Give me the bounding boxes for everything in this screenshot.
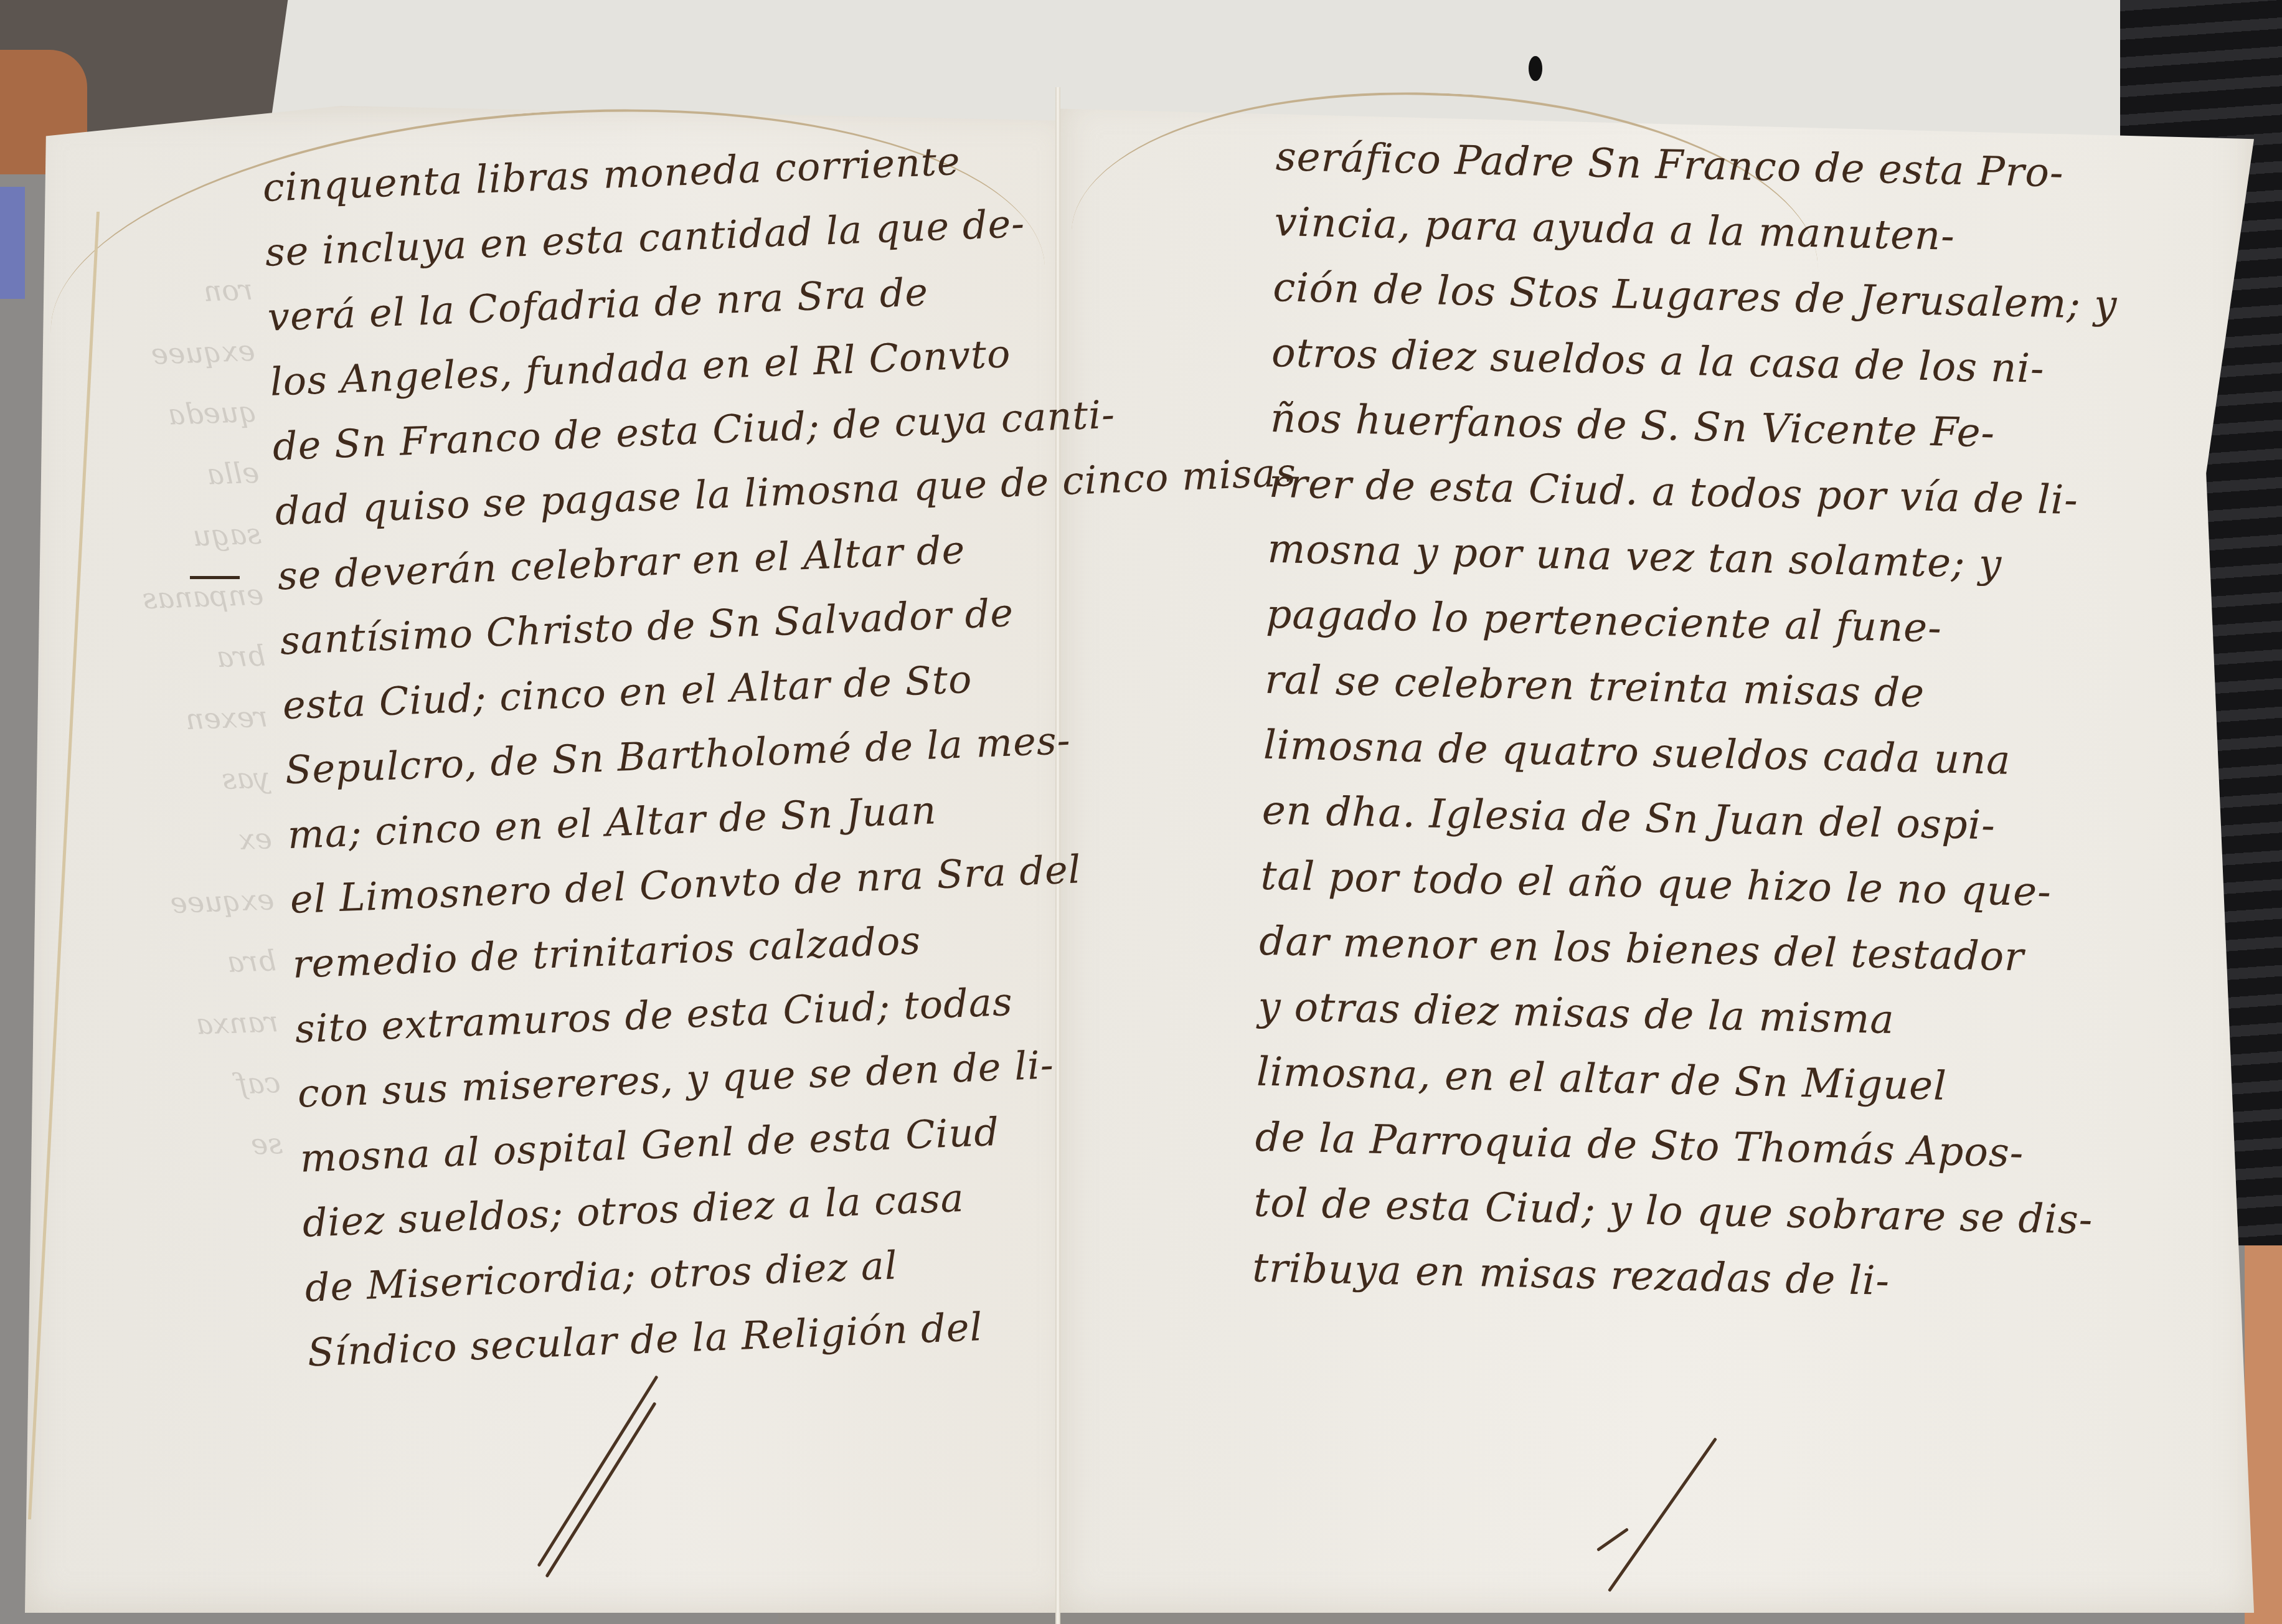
ghost-line: yas <box>107 747 271 813</box>
ghost-line: sagu <box>98 503 262 570</box>
bleed-through-text: ron exquee queda ella sagu enpanas bra r… <box>90 259 283 1179</box>
left-page-text: cinquenta libras moneda corriente se inc… <box>262 126 1093 1386</box>
ghost-line: ranxa <box>115 991 279 1057</box>
ghost-line: queda <box>94 381 258 448</box>
ghost-line: exquee <box>92 320 256 387</box>
margin-dash-mark <box>190 576 240 579</box>
ghost-line: exquee <box>111 869 275 935</box>
ghost-line: bra <box>113 930 277 996</box>
ghost-line: rexen <box>105 686 268 752</box>
ghost-line: se <box>120 1113 283 1179</box>
ghost-line: caf <box>118 1052 281 1118</box>
ghost-line: ex <box>109 808 273 874</box>
background-blue-object <box>0 187 25 299</box>
ghost-line: enpanas <box>101 564 265 631</box>
ink-blot <box>1529 56 1542 81</box>
right-page-text: seráfico Padre Sn Franco de esta Pro- vi… <box>1252 125 2135 1319</box>
ghost-line: ella <box>97 442 260 509</box>
ghost-line: ron <box>90 259 253 326</box>
ghost-line: bra <box>103 625 266 692</box>
